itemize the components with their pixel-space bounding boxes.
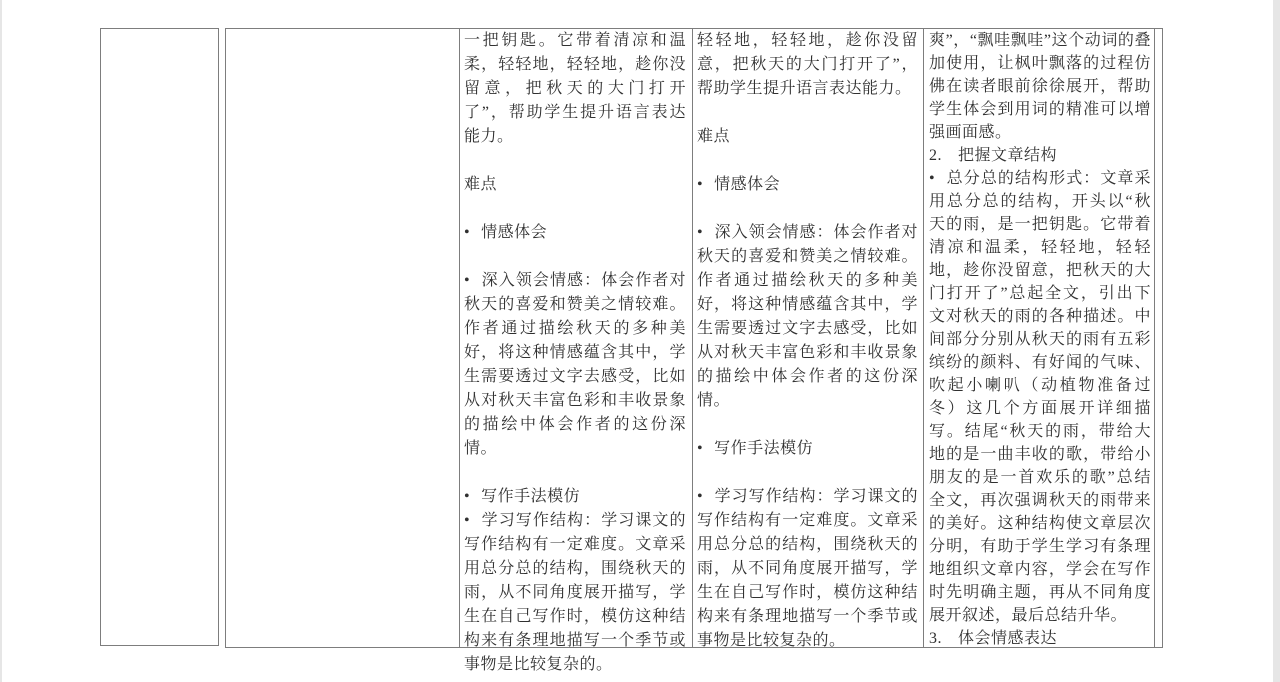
bullet-item: •情感体会	[697, 173, 918, 197]
blank-line	[697, 197, 918, 221]
bullet-item: •学习写作结构：学习课文的写作结构有一定难度。文章采用总分总的结构，围绕秋天的雨…	[464, 509, 686, 677]
blank-line	[464, 245, 686, 269]
bullet-item: •情感体会	[464, 221, 686, 245]
numbered-item: 3.体会情感表达	[929, 627, 1151, 650]
bullet-marker: •	[697, 440, 703, 457]
numbered-item: 2.把握文章结构	[929, 144, 1151, 167]
item-text: 写作手法模仿	[714, 440, 813, 457]
blank-line	[464, 197, 686, 221]
item-text: 情感体会	[481, 224, 547, 241]
bullet-item: •写作手法模仿	[464, 485, 686, 509]
bullet-marker: •	[697, 176, 703, 193]
item-text: 学习写作结构：学习课文的写作结构有一定难度。文章采用总分总的结构，围绕秋天的雨，…	[697, 488, 918, 649]
table-column-divider	[923, 29, 924, 647]
paragraph: 爽”，“飘哇飘哇”这个动词的叠加使用，让枫叶飘落的过程仿佛在读者眼前徐徐展开，帮…	[929, 29, 1151, 144]
item-text: 情感体会	[714, 176, 780, 193]
bullet-marker: •	[697, 224, 703, 241]
blank-line	[697, 461, 918, 485]
paragraph: 轻轻地，轻轻地，趁你没留意，把秋天的大门打开了”，帮助学生提升语言表达能力。	[697, 29, 918, 101]
bullet-marker: •	[464, 272, 470, 289]
blank-line	[464, 461, 686, 485]
blank-line	[697, 413, 918, 437]
number-marker: 2.	[929, 147, 942, 164]
screenshot-left-edge	[0, 0, 2, 682]
paragraph: 难点	[464, 173, 686, 197]
paragraph: 难点	[697, 125, 918, 149]
item-text: 深入领会情感：体会作者对秋天的喜爱和赞美之情较难。作者通过描绘秋天的多种美好，将…	[697, 224, 918, 409]
bullet-marker: •	[464, 512, 470, 529]
bullet-item: •深入领会情感：体会作者对秋天的喜爱和赞美之情较难。作者通过描绘秋天的多种美好，…	[697, 221, 918, 413]
item-text: 学习写作结构：学习课文的写作结构有一定难度。文章采用总分总的结构，围绕秋天的雨，…	[464, 512, 686, 673]
screenshot-right-edge	[1273, 0, 1280, 682]
table-column-3: 爽”，“飘哇飘哇”这个动词的叠加使用，让枫叶飘落的过程仿佛在读者眼前徐徐展开，帮…	[929, 29, 1151, 650]
item-text: 把握文章结构	[958, 147, 1057, 164]
bullet-item: •深入领会情感：体会作者对秋天的喜爱和赞美之情较难。作者通过描绘秋天的多种美好，…	[464, 269, 686, 461]
blank-line	[697, 149, 918, 173]
bullet-item: •总分总的结构形式：文章采用总分总的结构，开头以“秋天的雨，是一把钥匙。它带着清…	[929, 167, 1151, 627]
item-text: 写作手法模仿	[481, 488, 580, 505]
table-column-divider	[459, 29, 460, 647]
blank-line	[697, 101, 918, 125]
item-text: 深入领会情感：体会作者对秋天的喜爱和赞美之情较难。作者通过描绘秋天的多种美好，将…	[464, 272, 686, 457]
bullet-marker: •	[697, 488, 703, 505]
number-marker: 3.	[929, 630, 942, 647]
bullet-marker: •	[464, 224, 470, 241]
table-cell-empty-narrow	[100, 28, 219, 646]
item-text: 总分总的结构形式：文章采用总分总的结构，开头以“秋天的雨，是一把钥匙。它带着清凉…	[929, 170, 1151, 624]
bullet-marker: •	[929, 170, 935, 187]
bullet-item: •写作手法模仿	[697, 437, 918, 461]
table-column-divider	[1154, 29, 1155, 647]
bullet-item: •学习写作结构：学习课文的写作结构有一定难度。文章采用总分总的结构，围绕秋天的雨…	[697, 485, 918, 653]
table-column-divider	[692, 29, 693, 647]
item-text: 体会情感表达	[958, 630, 1057, 647]
blank-line	[464, 149, 686, 173]
table-column-2: 轻轻地，轻轻地，趁你没留意，把秋天的大门打开了”，帮助学生提升语言表达能力。难点…	[697, 29, 918, 653]
paragraph: 一把钥匙。它带着清凉和温柔，轻轻地，轻轻地，趁你没留意，把秋天的大门打开了”，帮…	[464, 29, 686, 149]
bullet-marker: •	[464, 488, 470, 505]
table-column-1: 一把钥匙。它带着清凉和温柔，轻轻地，轻轻地，趁你没留意，把秋天的大门打开了”，帮…	[464, 29, 686, 677]
